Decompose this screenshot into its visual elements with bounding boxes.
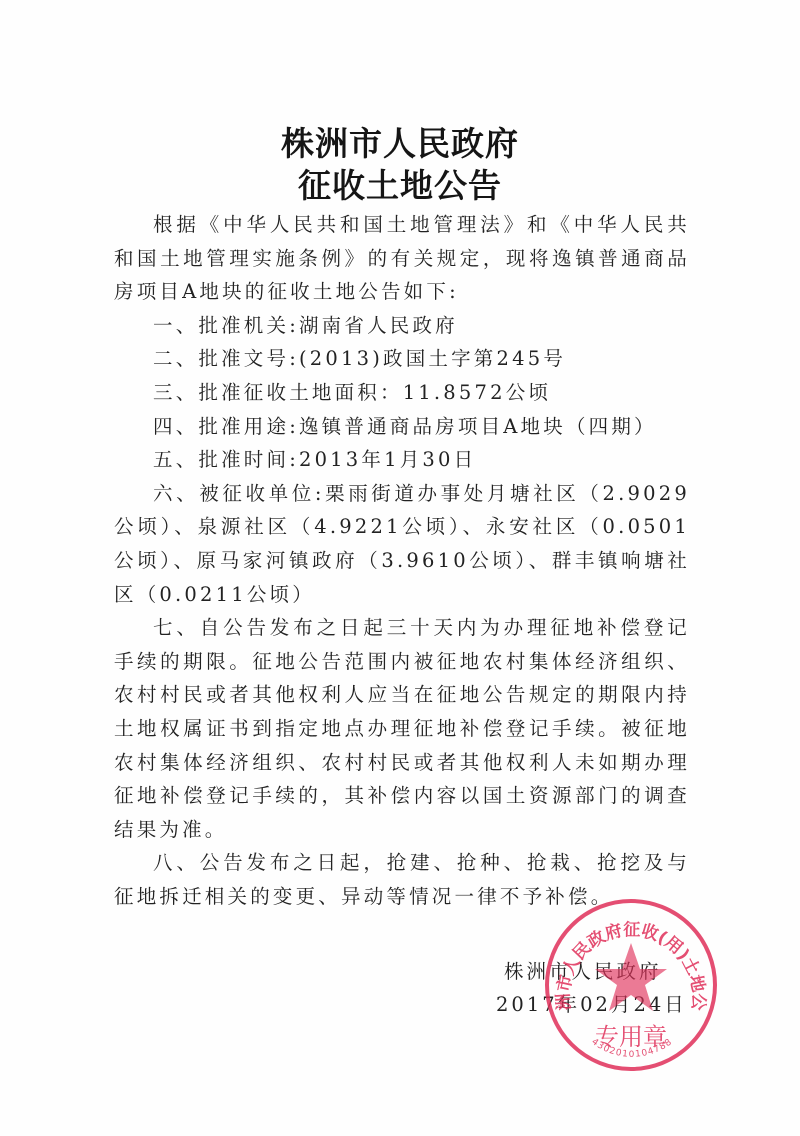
item-approval-number: 二、批准文号:(2013)政国土字第245号: [114, 342, 690, 376]
item-expropriated-units: 六、被征收单位:栗雨街道办事处月塘社区（2.9029公顷）、泉源社区（4.922…: [114, 477, 690, 611]
item-approval-authority: 一、批准机关:湖南省人民政府: [114, 309, 690, 343]
item-usage: 四、批准用途:逸镇普通商品房项目A地块（四期）: [114, 410, 690, 444]
official-seal-icon: 株洲市人民政府征收(用)土地公告 专用章 4302010104788: [541, 895, 721, 1075]
document-title-issuer: 株洲市人民政府: [0, 118, 800, 165]
intro-paragraph: 根据《中华人民共和国土地管理法》和《中华人民共和国土地管理实施条例》的有关规定，…: [114, 208, 690, 309]
document-body: 根据《中华人民共和国土地管理法》和《中华人民共和国土地管理实施条例》的有关规定，…: [114, 208, 690, 913]
document-title: 征收土地公告: [0, 160, 800, 207]
item-approval-date: 五、批准时间:2013年1月30日: [114, 443, 690, 477]
item-land-area: 三、批准征收土地面积：11.8572公顷: [114, 376, 690, 410]
item-registration-period: 七、自公告发布之日起三十天内为办理征地补偿登记手续的期限。征地公告范围内被征地农…: [114, 611, 690, 846]
document-page: 株洲市人民政府 征收土地公告 根据《中华人民共和国土地管理法》和《中华人民共和国…: [0, 0, 800, 1136]
